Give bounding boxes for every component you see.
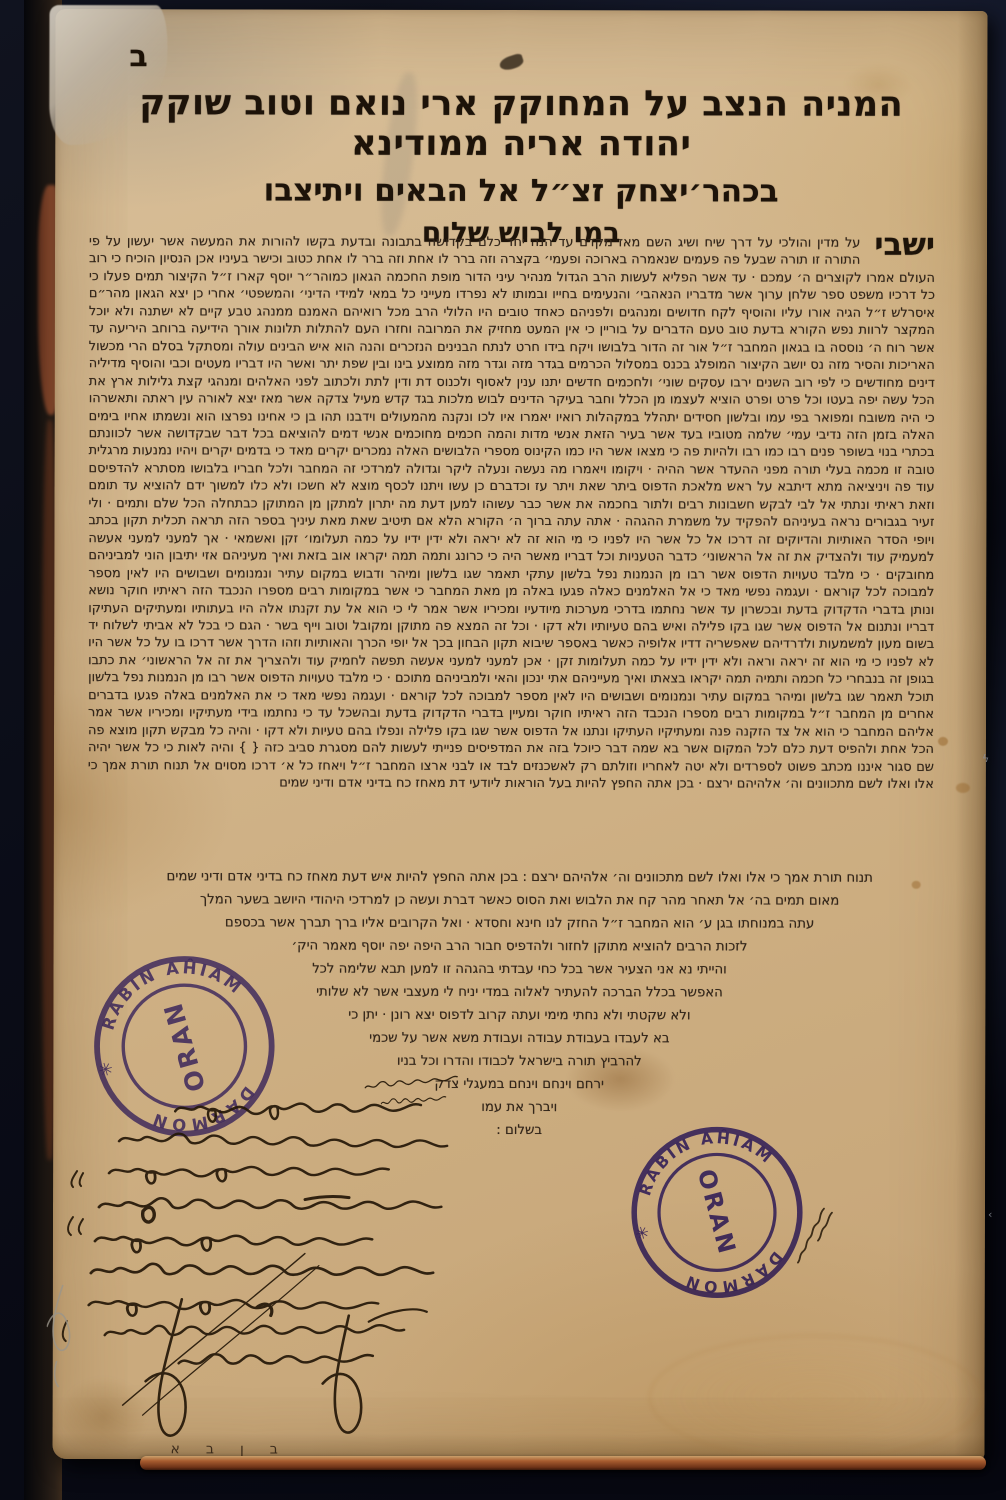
colophon-line: עתה במנוחתו בגן ע׳ הוא המחבר ז״ל החזק לנ… xyxy=(94,911,946,936)
handwritten-inscription xyxy=(46,1071,517,1462)
parchment-page: ב המניה הנצב על המחוקק ארי נואם וטוב שוק… xyxy=(52,9,987,1461)
colophon-line: תנוח תורת אמך כי אלו ואלו לשם מתכוונים ו… xyxy=(94,865,946,890)
title-line-1: המניה הנצב על המחוקק ארי נואם וטוב שוקק … xyxy=(95,83,947,165)
foxing-spot xyxy=(938,737,948,746)
scanned-book-page: ב המניה הנצב על המחוקק ארי נואם וטוב שוק… xyxy=(0,0,1006,1500)
ink-smudge xyxy=(498,53,525,73)
body-paragraph: על מדין והולכי על דרך שיח ושיג השם מאז מ… xyxy=(88,234,935,792)
stamp-star-icon: ✳ xyxy=(633,1222,651,1244)
lead-word: ישבי xyxy=(874,233,935,259)
book-fore-edge xyxy=(140,1456,986,1470)
handwritten-margin-scribble xyxy=(794,1203,840,1281)
svg-text:DARMON: DARMON xyxy=(676,1245,792,1308)
body-text: ישביעל מדין והולכי על דרך שיח ושיג השם מ… xyxy=(88,233,935,869)
title-line-2: בכהר׳יצחק זצ״ל אל הבאים ויתיצבו xyxy=(95,172,947,210)
folio-letter: ב xyxy=(129,39,147,74)
border-mark: ϟ xyxy=(982,752,989,765)
border-mark: ‹ xyxy=(988,1208,992,1221)
stamp-center-text: ORAN xyxy=(692,1166,742,1259)
stamp-arc-bottom-text: DARMON xyxy=(676,1245,792,1308)
title-block: המניה הנצב על המחוקק ארי נואם וטוב שוקק … xyxy=(95,83,947,250)
page-edge-shadow-right xyxy=(954,11,987,1461)
colophon-line: מאום תמים בה׳ אל תאחר מהר קח את הלבוש וא… xyxy=(94,888,946,913)
